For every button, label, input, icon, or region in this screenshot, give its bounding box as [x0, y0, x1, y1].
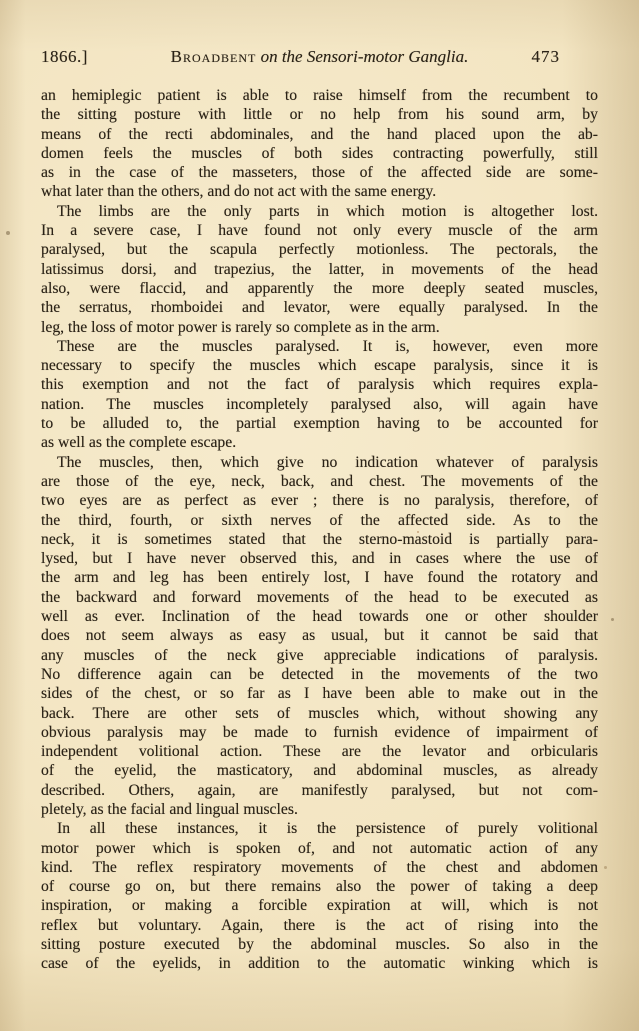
text-line: the backward and forward movements of th… [41, 588, 598, 607]
text-line: case of the eyelids, in addition to the … [41, 954, 598, 973]
scan-speck [6, 231, 10, 235]
text-line: kind. The reflex respiratory movements o… [41, 858, 598, 877]
text-line: means of the recti abdominales, and the … [41, 125, 598, 144]
paragraph: In all these instances, it is the persis… [41, 819, 598, 973]
scan-speck [611, 618, 614, 621]
text-line: nation. The muscles incompletely paralys… [41, 395, 598, 414]
text-line: In all these instances, it is the persis… [41, 819, 598, 838]
header-author: Broadbent [171, 47, 257, 66]
text-line: the arm and leg has been entirely lost, … [41, 568, 598, 587]
text-line: reflex but voluntary. Again, there is th… [41, 916, 598, 935]
text-line: what later than the others, and do not a… [41, 182, 598, 201]
text-line: well as ever. Inclination of the head to… [41, 607, 598, 626]
text-line: does not seem always as easy as usual, b… [41, 626, 598, 645]
text-line: No difference again can be detected in t… [41, 665, 598, 684]
scanned-book-page: 1866.] Broadbent on the Sensori-motor Ga… [0, 0, 639, 1031]
text-line: leg, the loss of motor power is rarely s… [41, 318, 598, 337]
text-line: The muscles, then, which give no indicat… [41, 453, 598, 472]
scan-speck [417, 531, 419, 533]
paragraph: The muscles, then, which give no indicat… [41, 453, 598, 820]
text-line: as in the case of the masseters, those o… [41, 163, 598, 182]
text-line: of the eyelid, the masticatory, and abdo… [41, 761, 598, 780]
header-article-title: on the Sensori-motor Ganglia. [261, 47, 469, 66]
text-line: the third, fourth, or sixth nerves of th… [41, 511, 598, 530]
text-line: obvious paralysis may be made to furnish… [41, 723, 598, 742]
text-line: the serratus, rhomboidei and levator, we… [41, 298, 598, 317]
text-line: described. Others, again, are manifestly… [41, 781, 598, 800]
text-line: back. There are other sets of muscles wh… [41, 704, 598, 723]
text-line: necessary to specify the muscles which e… [41, 356, 598, 375]
text-line: In a severe case, I have found not only … [41, 221, 598, 240]
text-line: any muscles of the neck give appreciable… [41, 646, 598, 665]
text-line: also, were flaccid, and apparently the m… [41, 279, 598, 298]
text-line: as well as the complete escape. [41, 433, 598, 452]
scan-speck [604, 866, 607, 869]
text-line: this exemption and not the fact of paral… [41, 375, 598, 394]
paragraph: The limbs are the only parts in which mo… [41, 202, 598, 337]
running-header: 1866.] Broadbent on the Sensori-motor Ga… [41, 46, 598, 68]
text-line: are those of the eye, neck, back, and ch… [41, 472, 598, 491]
text-line: independent volitional action. These are… [41, 742, 598, 761]
text-line: These are the muscles paralysed. It is, … [41, 337, 598, 356]
text-line: domen feels the muscles of both sides co… [41, 144, 598, 163]
text-line: of course go on, but there remains also … [41, 877, 598, 896]
text-line: an hemiplegic patient is able to raise h… [41, 86, 598, 105]
text-line: sides of the chest, or so far as I have … [41, 684, 598, 703]
text-line: latissimus dorsi, and trapezius, the lat… [41, 260, 598, 279]
page-text: an hemiplegic patient is able to raise h… [41, 86, 598, 974]
text-line: inspiration, or making a forcible expira… [41, 896, 598, 915]
text-line: the sitting posture with little or no he… [41, 105, 598, 124]
text-line: sitting posture executed by the abdomina… [41, 935, 598, 954]
header-title: Broadbent on the Sensori-motor Ganglia. [136, 46, 503, 68]
header-year: 1866.] [41, 46, 136, 68]
text-line: motor power which is spoken of, and not … [41, 839, 598, 858]
page-number: 473 [503, 46, 598, 68]
text-line: paralysed, but the scapula perfectly mot… [41, 240, 598, 259]
paragraph: These are the muscles paralysed. It is, … [41, 337, 598, 453]
paragraph: an hemiplegic patient is able to raise h… [41, 86, 598, 202]
text-line: lysed, but I have never observed this, a… [41, 549, 598, 568]
text-line: pletely, as the facial and lingual muscl… [41, 800, 598, 819]
text-line: neck, it is sometimes stated that the st… [41, 530, 598, 549]
text-line: The limbs are the only parts in which mo… [41, 202, 598, 221]
text-line: two eyes are as perfect as ever ; there … [41, 491, 598, 510]
text-line: to be alluded to, the partial exemption … [41, 414, 598, 433]
